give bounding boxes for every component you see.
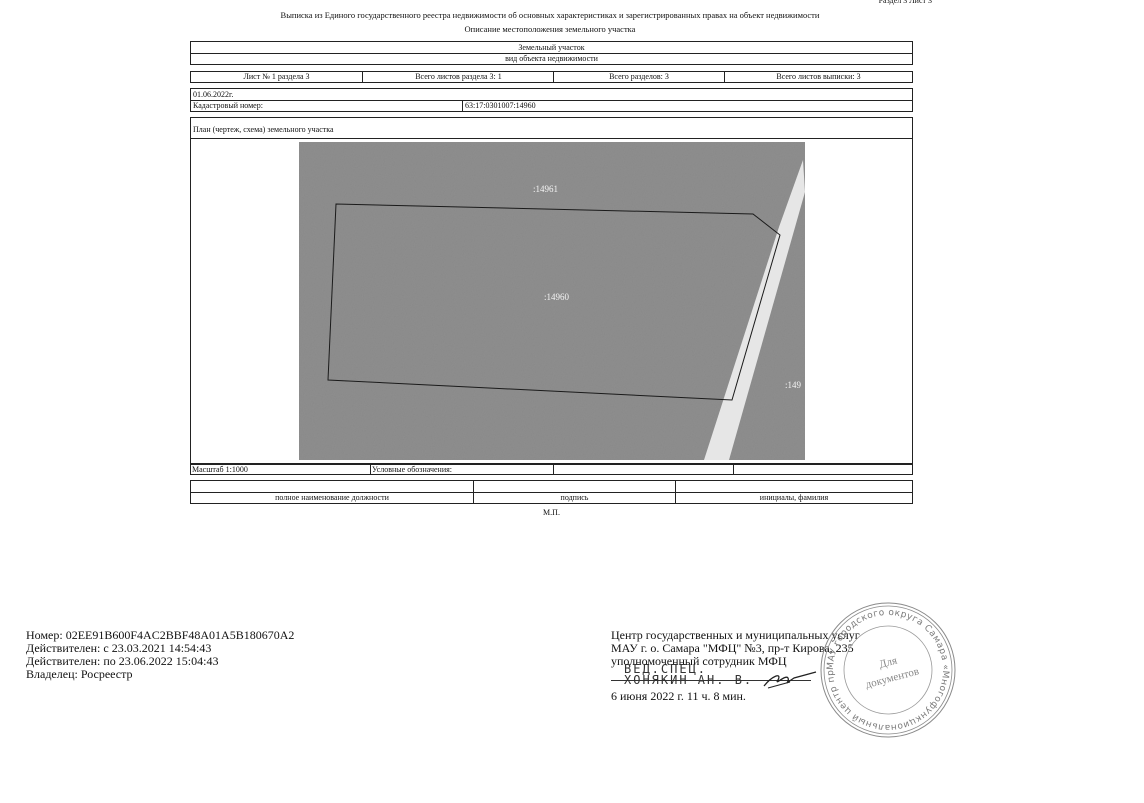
sheet-number: Лист № 1 раздела 3 xyxy=(191,72,362,82)
sheet-info-row: Лист № 1 раздела 3 Всего листов раздела … xyxy=(190,71,913,83)
document-subtitle: Описание местоположения земельного участ… xyxy=(180,24,920,34)
legend-row: Масштаб 1:1000 Условные обозначения: xyxy=(190,464,913,475)
total-sheets: Всего листов выписки: 3 xyxy=(725,72,912,82)
object-type-box: Земельный участок вид объекта недвижимос… xyxy=(190,41,913,65)
sheets-in-section: Всего листов раздела 3: 1 xyxy=(363,72,554,82)
parcel-map: :14961 :14960 :149 xyxy=(299,142,805,460)
mfc-datetime: 6 июня 2022 г. 11 ч. 8 мин. xyxy=(611,690,746,702)
object-type-caption: вид объекта недвижимости xyxy=(191,54,912,64)
handwritten-name: ХОНЯКИН АН. В. xyxy=(624,673,753,687)
round-stamp: МАУ городского округа Самара «Многофункц… xyxy=(818,600,958,740)
section-sheet-label: Раздел 3 Лист 3 xyxy=(822,0,932,5)
parcel-label: :14960 xyxy=(544,292,569,302)
stamp-seal-icon: МАУ городского округа Самара «Многофункц… xyxy=(818,600,958,740)
certificate-owner: Владелец: Росреестр xyxy=(26,668,133,680)
plan-title: План (чертеж, схема) земельного участка xyxy=(193,125,593,135)
record-date: 01.06.2022г. xyxy=(193,90,493,100)
legend-label: Условные обозначения: xyxy=(372,465,552,475)
seal-mark: М.П. xyxy=(190,508,913,518)
total-sections: Всего разделов: 3 xyxy=(554,72,724,82)
neighbor-parcel-label-east: :149 xyxy=(785,380,801,390)
record-box: 01.06.2022г. Кадастровый номер: 63:17:03… xyxy=(190,88,913,112)
handwritten-signature-icon xyxy=(760,668,820,692)
document-title: Выписка из Единого государственного реес… xyxy=(180,10,920,20)
position-caption: полное наименование должности xyxy=(191,493,473,503)
object-type: Земельный участок xyxy=(191,43,912,53)
map-scale: Масштаб 1:1000 xyxy=(192,465,362,475)
cadastral-number: 63:17:0301007:14960 xyxy=(465,101,765,111)
name-caption: инициалы, фамилия xyxy=(676,493,912,503)
certificate-valid-from: Действителен: с 23.03.2021 14:54:43 xyxy=(26,642,211,654)
certificate-number: Номер: 02EE91B600F4AC2BBF48A01A5B180670A… xyxy=(26,629,294,641)
svg-text:Для: Для xyxy=(878,655,899,671)
signature-block: полное наименование должности подпись ин… xyxy=(190,480,913,504)
cadastral-label: Кадастровый номер: xyxy=(193,101,453,111)
neighbor-parcel-label-north: :14961 xyxy=(533,184,558,194)
signature-caption: подпись xyxy=(474,493,675,503)
certificate-valid-to: Действителен: по 23.06.2022 15:04:43 xyxy=(26,655,218,667)
svg-text:документов: документов xyxy=(864,665,920,691)
